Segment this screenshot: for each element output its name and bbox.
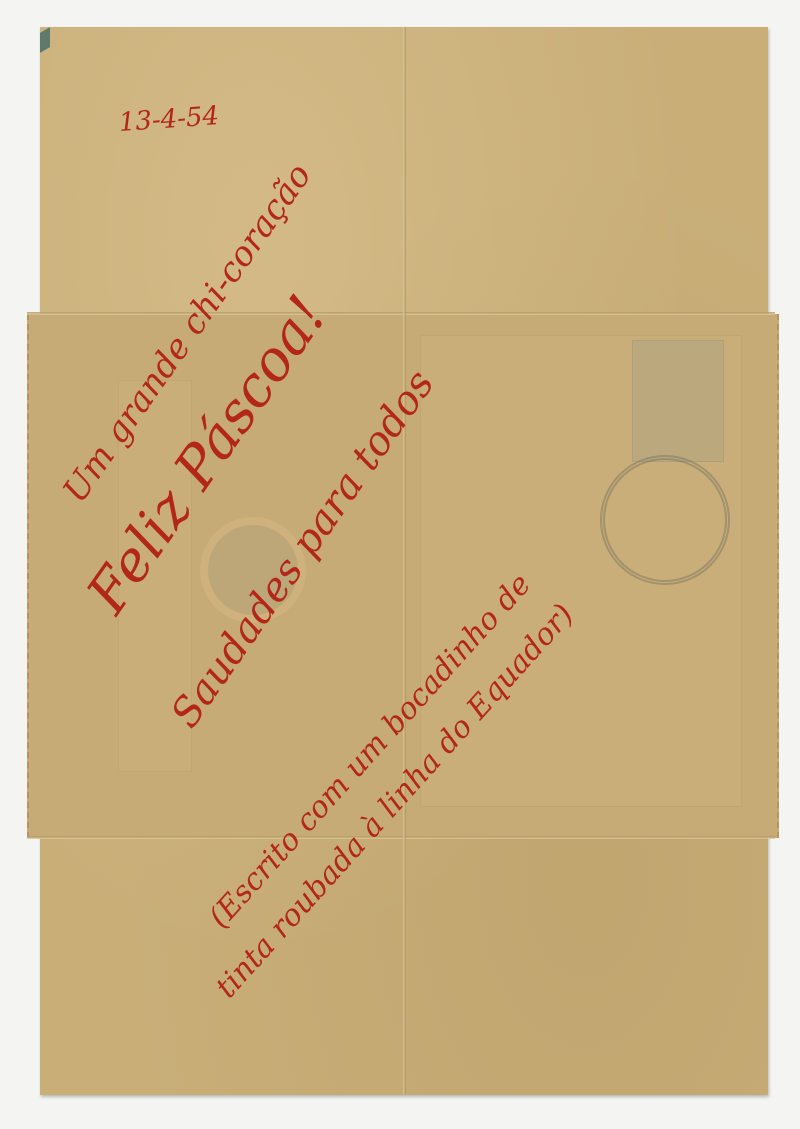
stamp-icon [632, 340, 724, 462]
fold-line-top [27, 312, 775, 315]
postmark-icon [600, 455, 730, 585]
fold-line-bottom [27, 836, 775, 839]
fold-line-vertical [403, 27, 406, 1095]
